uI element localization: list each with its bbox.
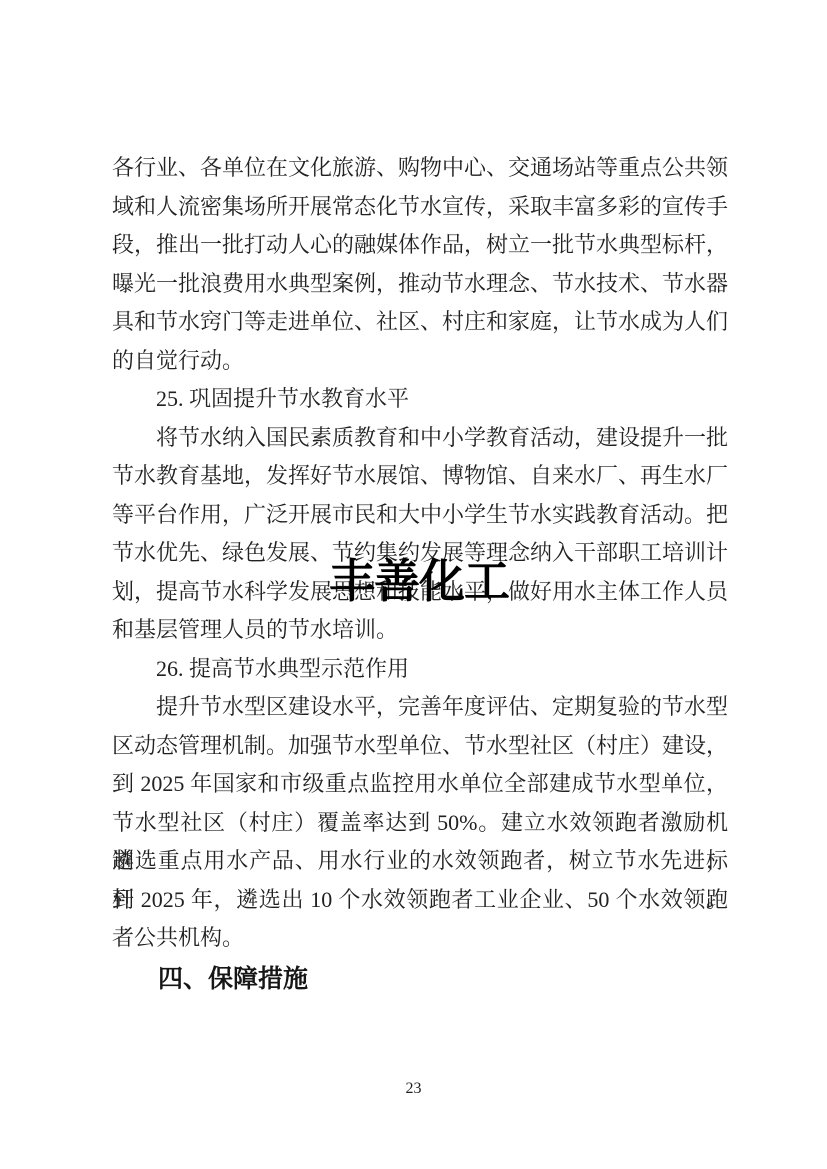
body-line: 节水教育基地，发挥好节水展馆、博物馆、自来水厂、再生水厂 [112, 457, 728, 496]
paragraph-first-line: 提升节水型区建设水平，完善年度评估、定期复验的节水型 [112, 688, 728, 727]
body-line: 域和人流密集场所开展常态化节水宣传，采取丰富多彩的宣传手 [112, 188, 728, 227]
section-heading: 四、保障措施 [112, 958, 728, 999]
paragraph-first-line: 将节水纳入国民素质教育和中小学教育活动，建设提升一批 [112, 419, 728, 458]
body-line: 曝光一批浪费用水典型案例，推动节水理念、节水技术、节水器 [112, 265, 728, 304]
body-line: 段，推出一批打动人心的融媒体作品，树立一批节水典型标杆， [112, 226, 728, 265]
page-number: 23 [0, 1080, 827, 1098]
numbered-heading-25: 25. 巩固提升节水教育水平 [112, 380, 728, 419]
body-line: 区动态管理机制。加强节水型单位、节水型社区（村庄）建设， [112, 727, 728, 766]
body-line: 节水型社区（村庄）覆盖率达到 50%。建立水效领跑者激励机制， [112, 804, 728, 843]
body-line: 具和节水窍门等走进单位、社区、村庄和家庭，让节水成为人们 [112, 303, 728, 342]
paragraph-last-line: 的自觉行动。 [112, 342, 728, 381]
body-line: 等平台作用，广泛开展市民和大中小学生节水实践教育活动。把 [112, 496, 728, 535]
body-line: 到 2025 年国家和市级重点监控用水单位全部建成节水型单位， [112, 765, 728, 804]
body-line: 遴选重点用水产品、用水行业的水效领跑者，树立节水先进标杆。 [112, 842, 728, 881]
body-line: 到 2025 年，遴选出 10 个水效领跑者工业企业、50 个水效领跑 [112, 881, 728, 920]
numbered-heading-26: 26. 提高节水典型示范作用 [112, 650, 728, 689]
body-line: 各行业、各单位在文化旅游、购物中心、交通场站等重点公共领 [112, 149, 728, 188]
watermark-stamp: 丰善化工 [329, 556, 509, 606]
paragraph-last-line: 和基层管理人员的节水培训。 [112, 611, 728, 650]
document-page: 各行业、各单位在文化旅游、购物中心、交通场站等重点公共领 域和人流密集场所开展常… [0, 0, 827, 1169]
paragraph-last-line: 者公共机构。 [112, 919, 728, 958]
